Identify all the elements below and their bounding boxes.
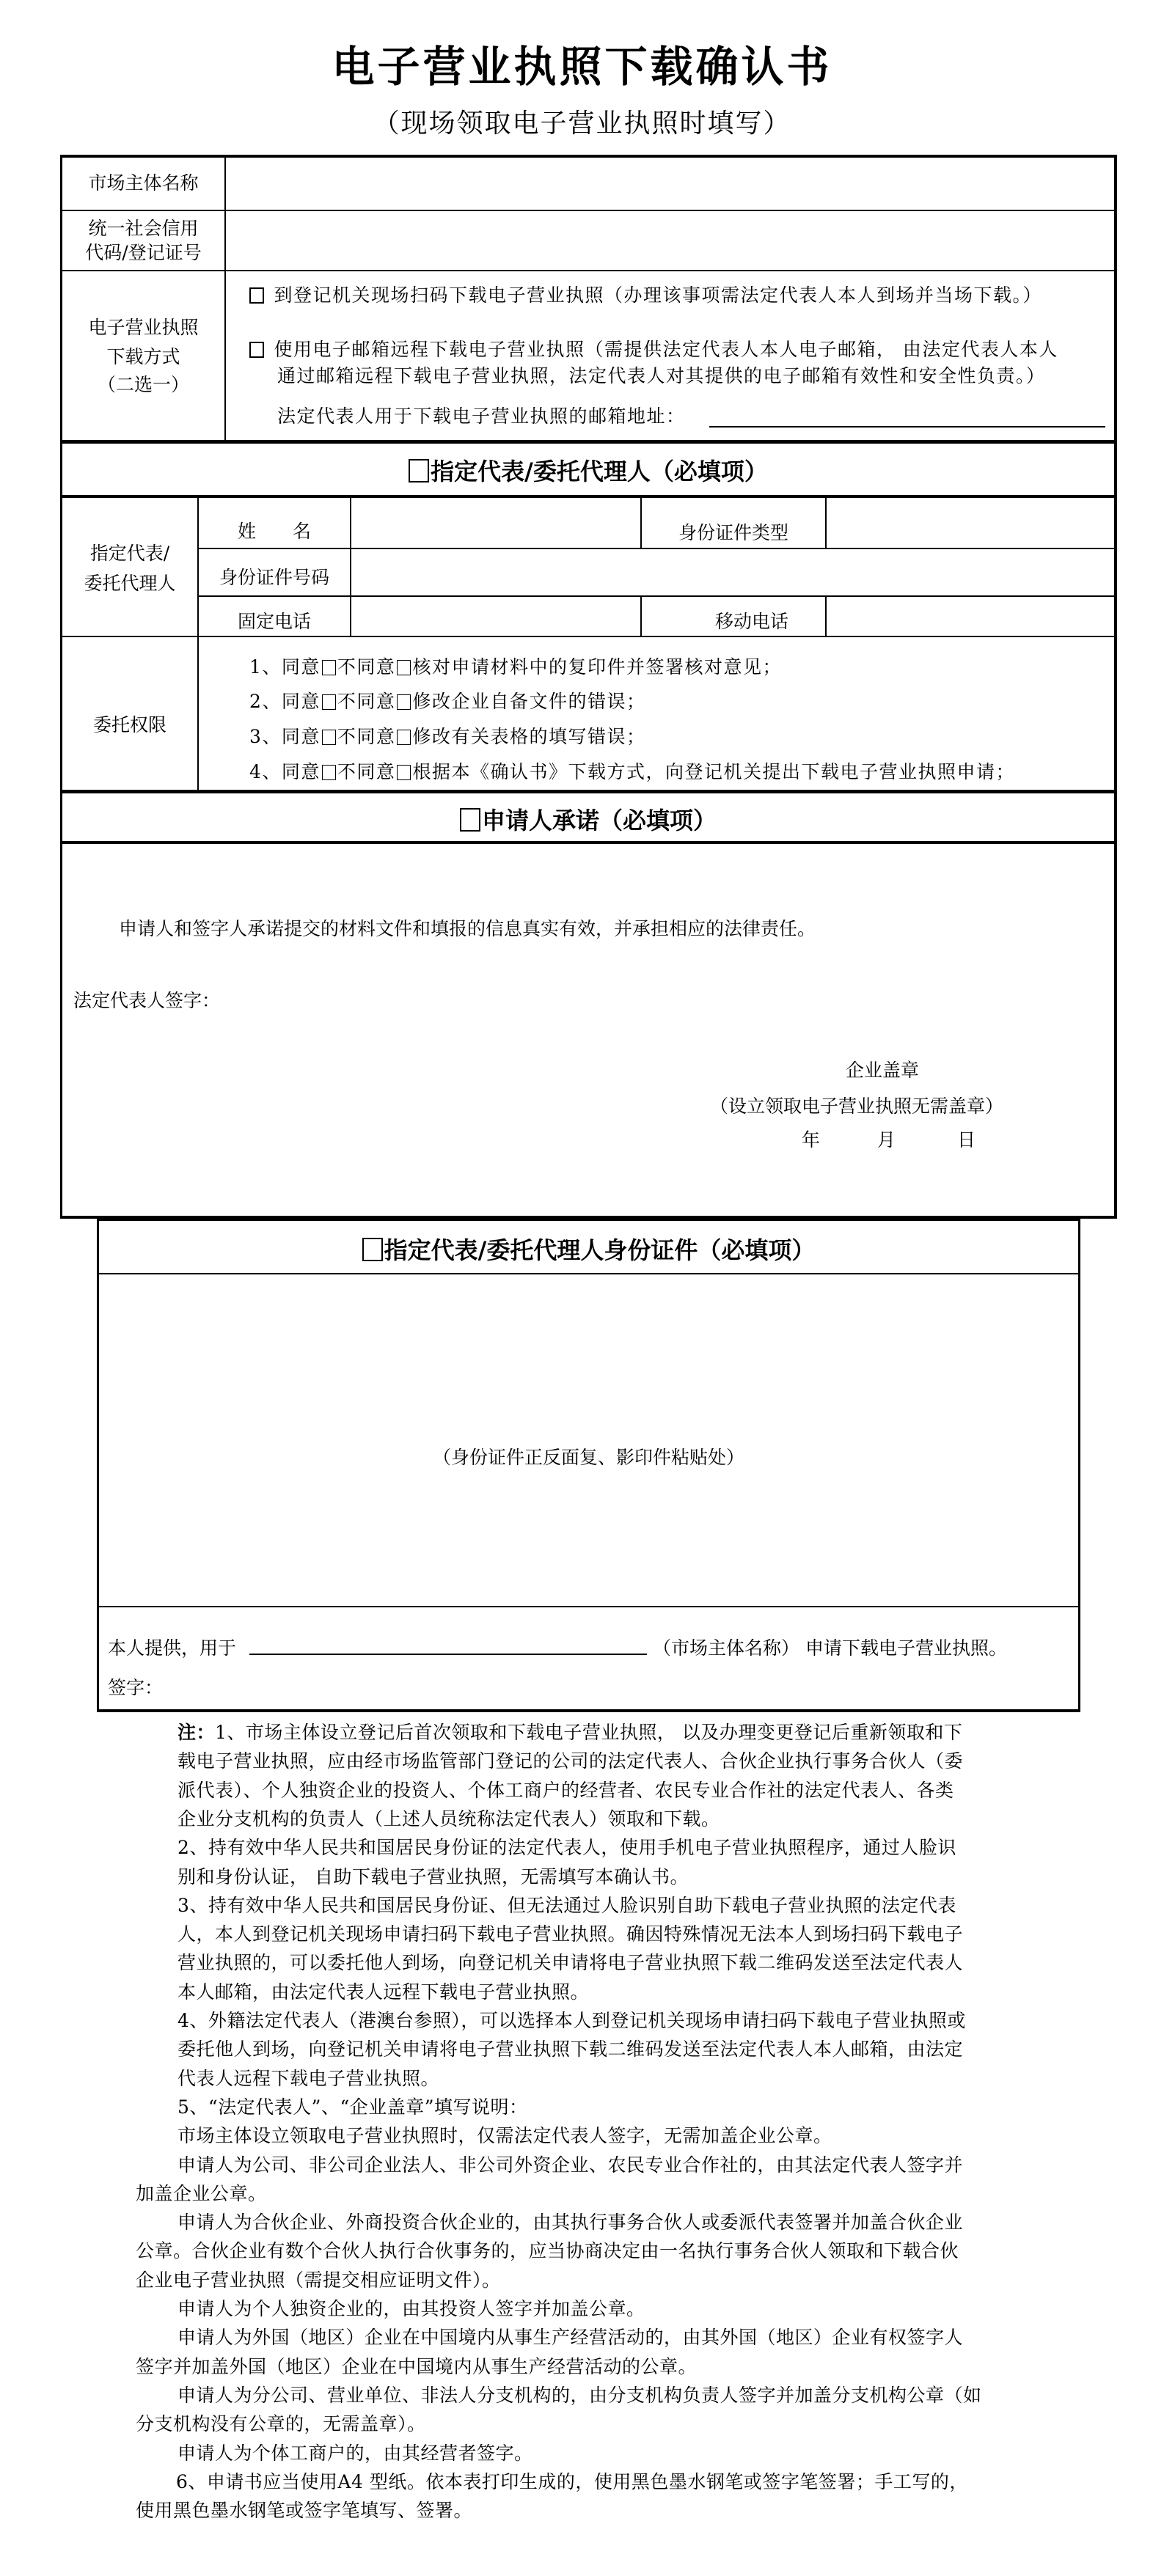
checkbox-email[interactable]	[249, 342, 264, 358]
email-label: 法定代表人用于下载电子营业执照的邮箱地址：	[277, 406, 686, 428]
id-section-heading: 指定代表/委托代理人身份证件（必填项）	[99, 1232, 1078, 1266]
document-subtitle: （现场领取电子营业执照时填写）	[0, 103, 1164, 140]
note-line: 3、持有效中华人民共和国居民身份证、但无法通过人脸识别自助下载电子营业执照的法定…	[177, 1895, 956, 1917]
landline-field[interactable]	[351, 597, 640, 636]
legal-rep-signature-field[interactable]	[220, 983, 587, 1019]
entity-name-label: 市场主体名称	[62, 172, 224, 194]
id-number-field[interactable]	[351, 549, 1114, 595]
note-line: 申请人为分公司、营业单位、非法人分支机构的，由分支机构负责人签字并加盖分支机构公…	[177, 2385, 982, 2407]
disagree-checkbox-3[interactable]	[397, 730, 411, 745]
id-sign-field[interactable]	[161, 1672, 528, 1703]
mobile-label: 移动电话	[715, 611, 788, 633]
seal-label: 企业盖章	[846, 1060, 919, 1082]
note-line: 市场主体设立领取电子营业执照时，仅需法定代表人签字，无需加盖企业公章。	[177, 2125, 832, 2147]
document-title: 电子营业执照下载确认书	[0, 32, 1164, 94]
id-sign-label: 签字：	[108, 1677, 163, 1699]
id-number-label: 身份证件号码	[199, 567, 350, 589]
agree-checkbox-1[interactable]	[322, 660, 336, 675]
note-line: 5、“法定代表人”、“企业盖章”填写说明：	[177, 2096, 528, 2118]
note-line: 派代表）、个人独资企业的投资人、个体工商户的经营者、农民专业合作社的法定代表人、…	[177, 1780, 954, 1802]
authority-item-1: 1、同意不同意核对申请材料中的复印件并签署核对意见；	[249, 656, 782, 678]
disagree-checkbox-1[interactable]	[397, 660, 411, 675]
entity-name-field[interactable]	[226, 158, 1114, 210]
note-line: 别和身份认证， 自助下载电子营业执照，无需填写本确认书。	[177, 1866, 689, 1888]
provided-suffix: （市场主体名称） 申请下载电子营业执照。	[653, 1637, 1007, 1659]
note-line: 使用黑色墨水钢笔或签字笔填写、签署。	[136, 2500, 472, 2522]
authority-item-3: 3、同意不同意修改有关表格的填写错误；	[249, 726, 645, 748]
email-field[interactable]	[709, 426, 1105, 428]
note-line: 4、外籍法定代表人（港澳台参照），可以选择本人到登记机关现场申请扫码下载电子营业…	[177, 2010, 966, 2032]
disagree-checkbox-2[interactable]	[397, 694, 411, 710]
id-type-field[interactable]	[827, 498, 1114, 548]
note-line: 注：1、市场主体设立登记后首次领取和下载电子营业执照， 以及办理变更登记后重新领…	[177, 1722, 962, 1744]
note-line: 申请人为个体工商户的，由其经营者签字。	[177, 2443, 533, 2465]
note-line: 申请人为个人独资企业的，由其投资人签字并加盖公章。	[177, 2298, 645, 2320]
agent-section-checkbox[interactable]	[409, 459, 429, 482]
authority-item-2: 2、同意不同意修改企业自备文件的错误；	[249, 691, 645, 713]
option-onsite-text: 到登记机关现场扫码下载电子营业执照（办理该事项需法定代表人本人到场并当场下载。）	[274, 285, 1042, 306]
seal-note: （设立领取电子营业执照无需盖章）	[710, 1096, 1003, 1118]
id-type-label: 身份证件类型	[642, 522, 825, 544]
credit-code-label-line2: 代码/登记证号	[62, 242, 224, 264]
checkbox-onsite[interactable]	[249, 287, 264, 304]
note-line: 申请人为合伙企业、外商投资合伙企业的，由其执行事务合伙人或委派代表签署并加盖合伙…	[177, 2212, 963, 2234]
agree-checkbox-2[interactable]	[322, 694, 336, 710]
option-onsite[interactable]: 到登记机关现场扫码下载电子营业执照（办理该事项需法定代表人本人到场并当场下载。）	[249, 285, 1042, 307]
agent-section-heading: 指定代表/委托代理人（必填项）	[62, 453, 1114, 487]
note-line: 代表人远程下载电子营业执照。	[177, 2068, 439, 2090]
option-email[interactable]: 使用电子邮箱远程下载电子营业执照（需提供法定代表人本人电子邮箱， 由法定代表人本…	[249, 339, 1058, 361]
promise-section-checkbox[interactable]	[460, 808, 480, 832]
credit-code-field[interactable]	[226, 211, 1114, 270]
note-line: 人，本人到登记机关现场申请扫码下载电子营业执照。确因特殊情况无法本人到场扫码下载…	[177, 1923, 963, 1945]
note-line: 申请人为外国（地区）企业在中国境内从事生产经营活动的，由其外国（地区）企业有权签…	[177, 2327, 963, 2349]
date-year-label: 年	[802, 1129, 820, 1151]
mobile-field[interactable]	[827, 597, 1114, 636]
disagree-checkbox-4[interactable]	[397, 765, 411, 780]
note-line: 企业分支机构的负责人（上述人员统称法定代表人）领取和下载。	[177, 1808, 720, 1830]
agent-label-line2: 委托代理人	[62, 573, 197, 595]
note-line: 公章。合伙企业有数个合伙人执行合伙事务的，应当协商决定由一名执行事务合伙人领取和…	[136, 2240, 959, 2262]
note-line: 加盖企业公章。	[136, 2183, 267, 2205]
name-label: 姓 名	[199, 521, 350, 543]
note-line: 本人邮箱，由法定代表人远程下载电子营业执照。	[177, 1981, 589, 2003]
note-line: 委托他人到场，向登记机关申请将电子营业执照下载二维码发送至法定代表人本人邮箱，由…	[177, 2039, 963, 2061]
download-method-label-line2: 下载方式	[62, 346, 224, 368]
option-email-text-line1: 使用电子邮箱远程下载电子营业执照（需提供法定代表人本人电子邮箱， 由法定代表人本…	[274, 339, 1058, 360]
note-line: 营业执照的，可以委托他人到场，向登记机关申请将电子营业执照下载二维码发送至法定代…	[177, 1952, 963, 1974]
date-day-label: 日	[957, 1129, 976, 1151]
landline-label: 固定电话	[199, 611, 350, 633]
note-label: 注：	[177, 1722, 215, 1743]
legal-rep-signature-label: 法定代表人签字：	[73, 990, 220, 1012]
note-line: 企业电子营业执照（需提交相应证明文件）。	[136, 2269, 501, 2291]
note-line: 分支机构没有公章的，无需盖章）。	[136, 2413, 426, 2435]
download-method-label-line3: （二选一）	[62, 374, 224, 396]
id-copy-paste-area[interactable]	[99, 1274, 1078, 1606]
note-line: 签字并加盖外国（地区）企业在中国境内从事生产经营活动的公章。	[136, 2356, 697, 2378]
option-email-text-line2: 通过邮箱远程下载电子营业执照，法定代表人对其提供的电子邮箱有效性和安全性负责。）	[277, 365, 1046, 387]
download-method-label-line1: 电子营业执照	[62, 317, 224, 339]
id-section-checkbox[interactable]	[362, 1238, 383, 1261]
credit-code-label-line1: 统一社会信用	[62, 218, 224, 240]
note-line: 6、申请书应当使用A4 型纸。依本表打印生成的，使用黑色墨水钢笔或签字笔签署；手…	[176, 2471, 968, 2493]
agree-checkbox-4[interactable]	[322, 765, 336, 780]
provided-prefix: 本人提供，用于	[108, 1637, 236, 1659]
note-line: 申请人为公司、非公司企业法人、非公司外资企业、农民专业合作社的，由其法定代表人签…	[177, 2154, 963, 2176]
agree-checkbox-3[interactable]	[322, 730, 336, 745]
note-line: 2、持有效中华人民共和国居民身份证的法定代表人，使用手机电子营业执照程序，通过人…	[177, 1837, 956, 1859]
id-copy-placeholder: （身份证件正反面复、影印件粘贴处）	[99, 1447, 1078, 1469]
promise-statement: 申请人和签字人承诺提交的材料文件和填报的信息真实有效，并承担相应的法律责任。	[119, 918, 816, 940]
name-field[interactable]	[351, 498, 640, 548]
promise-section-heading: 申请人承诺（必填项）	[62, 802, 1114, 836]
authority-item-4: 4、同意不同意根据本《确认书》下载方式，向登记机关提出下载电子营业执照申请；	[249, 761, 1015, 783]
note-line: 载电子营业执照，应由经市场监管部门登记的公司的法定代表人、合伙企业执行事务合伙人…	[177, 1750, 963, 1772]
authority-label: 委托权限	[62, 714, 197, 736]
date-month-label: 月	[877, 1129, 896, 1151]
provided-entity-name-field[interactable]	[249, 1654, 647, 1655]
agent-label-line1: 指定代表/	[62, 543, 197, 565]
